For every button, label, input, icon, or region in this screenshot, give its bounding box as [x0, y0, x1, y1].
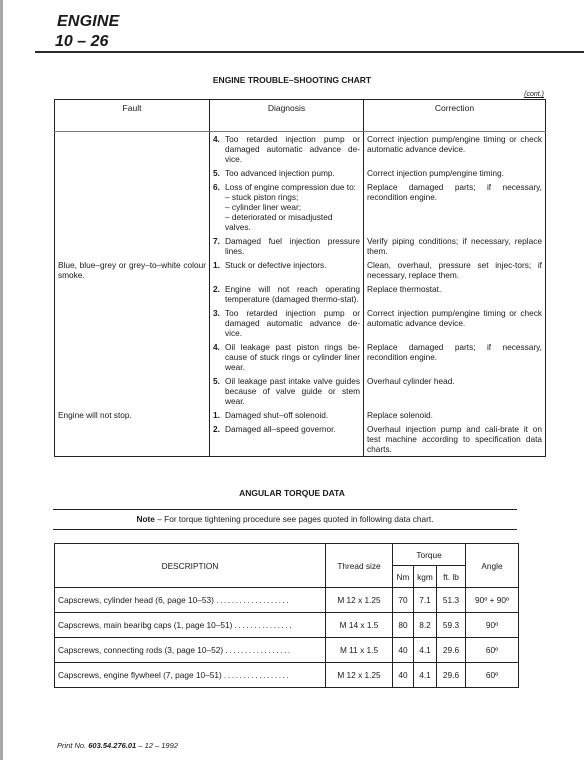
torque-ftlb-cell: 29.6	[437, 663, 466, 688]
torque-nm-cell: 70	[393, 588, 414, 613]
correction-cell: Replace damaged parts; if necessary, rec…	[364, 340, 546, 374]
correction-text: Correct injection pump/engine timing.	[367, 168, 542, 178]
torque-ftlb-cell: 51.3	[437, 588, 466, 613]
diagnosis-subitem: – deteriorated or misadjusted valves.	[225, 212, 360, 232]
torque-data-title: ANGULAR TORQUE DATA	[0, 488, 584, 498]
item-number: 3.	[213, 308, 225, 338]
column-header-angle: Angle	[466, 544, 519, 588]
torque-nm-cell: 40	[393, 663, 414, 688]
diagnosis-subitem: – cylinder liner wear;	[225, 202, 360, 212]
column-header-torque: Torque	[393, 544, 466, 566]
diagnosis-text: Damaged fuel injection pressure lines.	[225, 236, 360, 256]
header-rule	[35, 51, 584, 53]
description-cell: Capscrews, engine flywheel (7, page 10–5…	[55, 663, 326, 688]
leader-dots: ...................	[216, 595, 290, 605]
correction-cell: Correct injection pump/engine timing.	[364, 166, 546, 180]
torque-kgm-cell: 7.1	[414, 588, 437, 613]
description-cell: Capscrews, main bearibg caps (1, page 10…	[55, 613, 326, 638]
footer-date: – 12 – 1992	[136, 741, 178, 750]
description-text: Capscrews, engine flywheel (7, page 10–5…	[58, 670, 222, 680]
correction-cell: Overhaul cylinder head.	[364, 374, 546, 408]
item-number: 6.	[213, 182, 225, 232]
diagnosis-cell: 4.Too retarded injection pump or damaged…	[210, 132, 364, 167]
diagnosis-text: Oil leakage past intake valve guides bec…	[225, 376, 360, 406]
table-row: Capscrews, engine flywheel (7, page 10–5…	[55, 663, 519, 688]
table-row: Capscrews, connecting rods (3, page 10–5…	[55, 638, 519, 663]
section-title: ENGINE	[57, 13, 120, 31]
diagnosis-cell: 1.Damaged shut–off solenoid.	[210, 408, 364, 422]
diagnosis-cell: 6.Loss of engine compression due to:– st…	[210, 180, 364, 234]
item-number: 2.	[213, 424, 225, 434]
table-row: Capscrews, main bearibg caps (1, page 10…	[55, 613, 519, 638]
diagnosis-cell: 4.Oil leakage past piston rings be-cause…	[210, 340, 364, 374]
correction-cell: Verify piping conditions; if necessary, …	[364, 234, 546, 258]
angle-cell: 90º	[466, 613, 519, 638]
continued-label: (cont.)	[524, 91, 544, 98]
trouble-chart-title: ENGINE TROUBLE–SHOOTING CHART	[0, 75, 584, 85]
column-header-thread-size: Thread size	[326, 544, 393, 588]
leader-dots: ...............	[235, 620, 294, 630]
item-number: 1.	[213, 260, 225, 270]
thread-size-cell: M 12 x 1.25	[326, 588, 393, 613]
footer-prefix: Print No.	[57, 741, 88, 750]
torque-ftlb-cell: 29.6	[437, 638, 466, 663]
item-number: 5.	[213, 168, 225, 178]
diagnosis-cell: 2.Engine will not reach operating temper…	[210, 282, 364, 306]
diagnosis-cell: 3.Too retarded injection pump or damaged…	[210, 306, 364, 340]
column-header-ftlb: ft. lb	[437, 566, 466, 588]
correction-text: Replace thermostat.	[367, 284, 542, 294]
table-row: Engine will not stop.1.Damaged shut–off …	[55, 408, 546, 422]
note-top-rule	[53, 509, 517, 510]
column-header-nm: Nm	[393, 566, 414, 588]
page-edge-strip	[0, 0, 3, 760]
angle-cell: 90º + 90º	[466, 588, 519, 613]
diagnosis-cell: 1.Stuck or defective injectors.	[210, 258, 364, 282]
correction-cell: Correct injection pump/engine timing or …	[364, 132, 546, 167]
correction-text: Replace solenoid.	[367, 410, 542, 420]
note-bottom-rule	[53, 529, 517, 530]
correction-text: Overhaul cylinder head.	[367, 376, 542, 386]
diagnosis-text: Too retarded injection pump or damaged a…	[225, 308, 360, 338]
description-cell: Capscrews, connecting rods (3, page 10–5…	[55, 638, 326, 663]
torque-nm-cell: 80	[393, 613, 414, 638]
correction-cell: Correct injection pump/engine timing or …	[364, 306, 546, 340]
torque-note: Note – For torque tightening procedure s…	[53, 514, 517, 524]
correction-text: Replace damaged parts; if necessary, rec…	[367, 342, 542, 362]
table-header-row: Fault Diagnosis Correction	[55, 100, 546, 132]
diagnosis-text: Oil leakage past piston rings be-cause o…	[225, 342, 360, 372]
item-number: 7.	[213, 236, 225, 256]
column-header-fault: Fault	[55, 100, 210, 132]
table-row: Blue, blue–grey or grey–to–white colour …	[55, 258, 546, 282]
table-row: Capscrews, cylinder head (6, page 10–53)…	[55, 588, 519, 613]
description-text: Capscrews, main bearibg caps (1, page 10…	[58, 620, 232, 630]
correction-text: Clean, overhaul, pressure set injec-tors…	[367, 260, 542, 280]
item-number: 2.	[213, 284, 225, 304]
column-header-diagnosis: Diagnosis	[210, 100, 364, 132]
item-number: 4.	[213, 342, 225, 372]
print-number-footer: Print No. 603.54.276.01 – 12 – 1992	[57, 741, 178, 750]
diagnosis-cell: 2.Damaged all–speed governor.	[210, 422, 364, 457]
diagnosis-text: Loss of engine compression due to:	[225, 182, 356, 192]
correction-text: Replace damaged parts; if necessary, rec…	[367, 182, 542, 202]
correction-text: Correct injection pump/engine timing or …	[367, 308, 542, 328]
correction-cell: Replace damaged parts; if necessary, rec…	[364, 180, 546, 234]
column-header-kgm: kgm	[414, 566, 437, 588]
leader-dots: .................	[225, 645, 291, 655]
item-number: 1.	[213, 410, 225, 420]
diagnosis-cell: 5.Too advanced injection pump.	[210, 166, 364, 180]
fault-cell: Blue, blue–grey or grey–to–white colour …	[55, 258, 210, 408]
description-cell: Capscrews, cylinder head (6, page 10–53)…	[55, 588, 326, 613]
diagnosis-cell: 5.Oil leakage past intake valve guides b…	[210, 374, 364, 408]
diagnosis-text: Too retarded injection pump or damaged a…	[225, 134, 360, 164]
thread-size-cell: M 12 x 1.25	[326, 663, 393, 688]
thread-size-cell: M 11 x 1.5	[326, 638, 393, 663]
thread-size-cell: M 14 x 1.5	[326, 613, 393, 638]
torque-kgm-cell: 4.1	[414, 638, 437, 663]
torque-nm-cell: 40	[393, 638, 414, 663]
torque-kgm-cell: 4.1	[414, 663, 437, 688]
torque-kgm-cell: 8.2	[414, 613, 437, 638]
diagnosis-text: Stuck or defective injectors.	[225, 260, 326, 270]
diagnosis-text: Engine will not reach operating temperat…	[225, 284, 360, 304]
correction-cell: Replace thermostat.	[364, 282, 546, 306]
angle-cell: 60º	[466, 638, 519, 663]
note-label: Note	[136, 514, 154, 524]
footer-print-number: 603.54.276.01	[88, 741, 136, 750]
description-text: Capscrews, cylinder head (6, page 10–53)	[58, 595, 214, 605]
diagnosis-text: Too advanced injection pump.	[225, 168, 335, 178]
correction-text: Correct injection pump/engine timing or …	[367, 134, 542, 154]
item-number: 5.	[213, 376, 225, 406]
correction-cell: Clean, overhaul, pressure set injec-tors…	[364, 258, 546, 282]
item-number: 4.	[213, 134, 225, 164]
leader-dots: .................	[224, 670, 290, 680]
trouble-shooting-table: Fault Diagnosis Correction 4.Too retarde…	[54, 99, 546, 457]
description-text: Capscrews, connecting rods (3, page 10–5…	[58, 645, 223, 655]
diagnosis-subitem: – stuck piston rings;	[225, 192, 360, 202]
diagnosis-text: Damaged shut–off solenoid.	[225, 410, 328, 420]
note-text: – For torque tightening procedure see pa…	[155, 514, 434, 524]
correction-cell: Overhaul injection pump and cali-brate i…	[364, 422, 546, 457]
page-number: 10 – 26	[55, 33, 108, 51]
torque-ftlb-cell: 59.3	[437, 613, 466, 638]
diagnosis-cell: 7.Damaged fuel injection pressure lines.	[210, 234, 364, 258]
fault-cell	[55, 132, 210, 259]
angle-cell: 60º	[466, 663, 519, 688]
correction-text: Verify piping conditions; if necessary, …	[367, 236, 542, 256]
table-row: 4.Too retarded injection pump or damaged…	[55, 132, 546, 167]
column-header-correction: Correction	[364, 100, 546, 132]
correction-text: Overhaul injection pump and cali-brate i…	[367, 424, 542, 454]
column-header-description: DESCRIPTION	[55, 544, 326, 588]
correction-cell: Replace solenoid.	[364, 408, 546, 422]
diagnosis-text: Damaged all–speed governor.	[225, 424, 336, 434]
fault-cell: Engine will not stop.	[55, 408, 210, 457]
angular-torque-table: DESCRIPTION Thread size Torque Angle Nm …	[54, 543, 519, 688]
